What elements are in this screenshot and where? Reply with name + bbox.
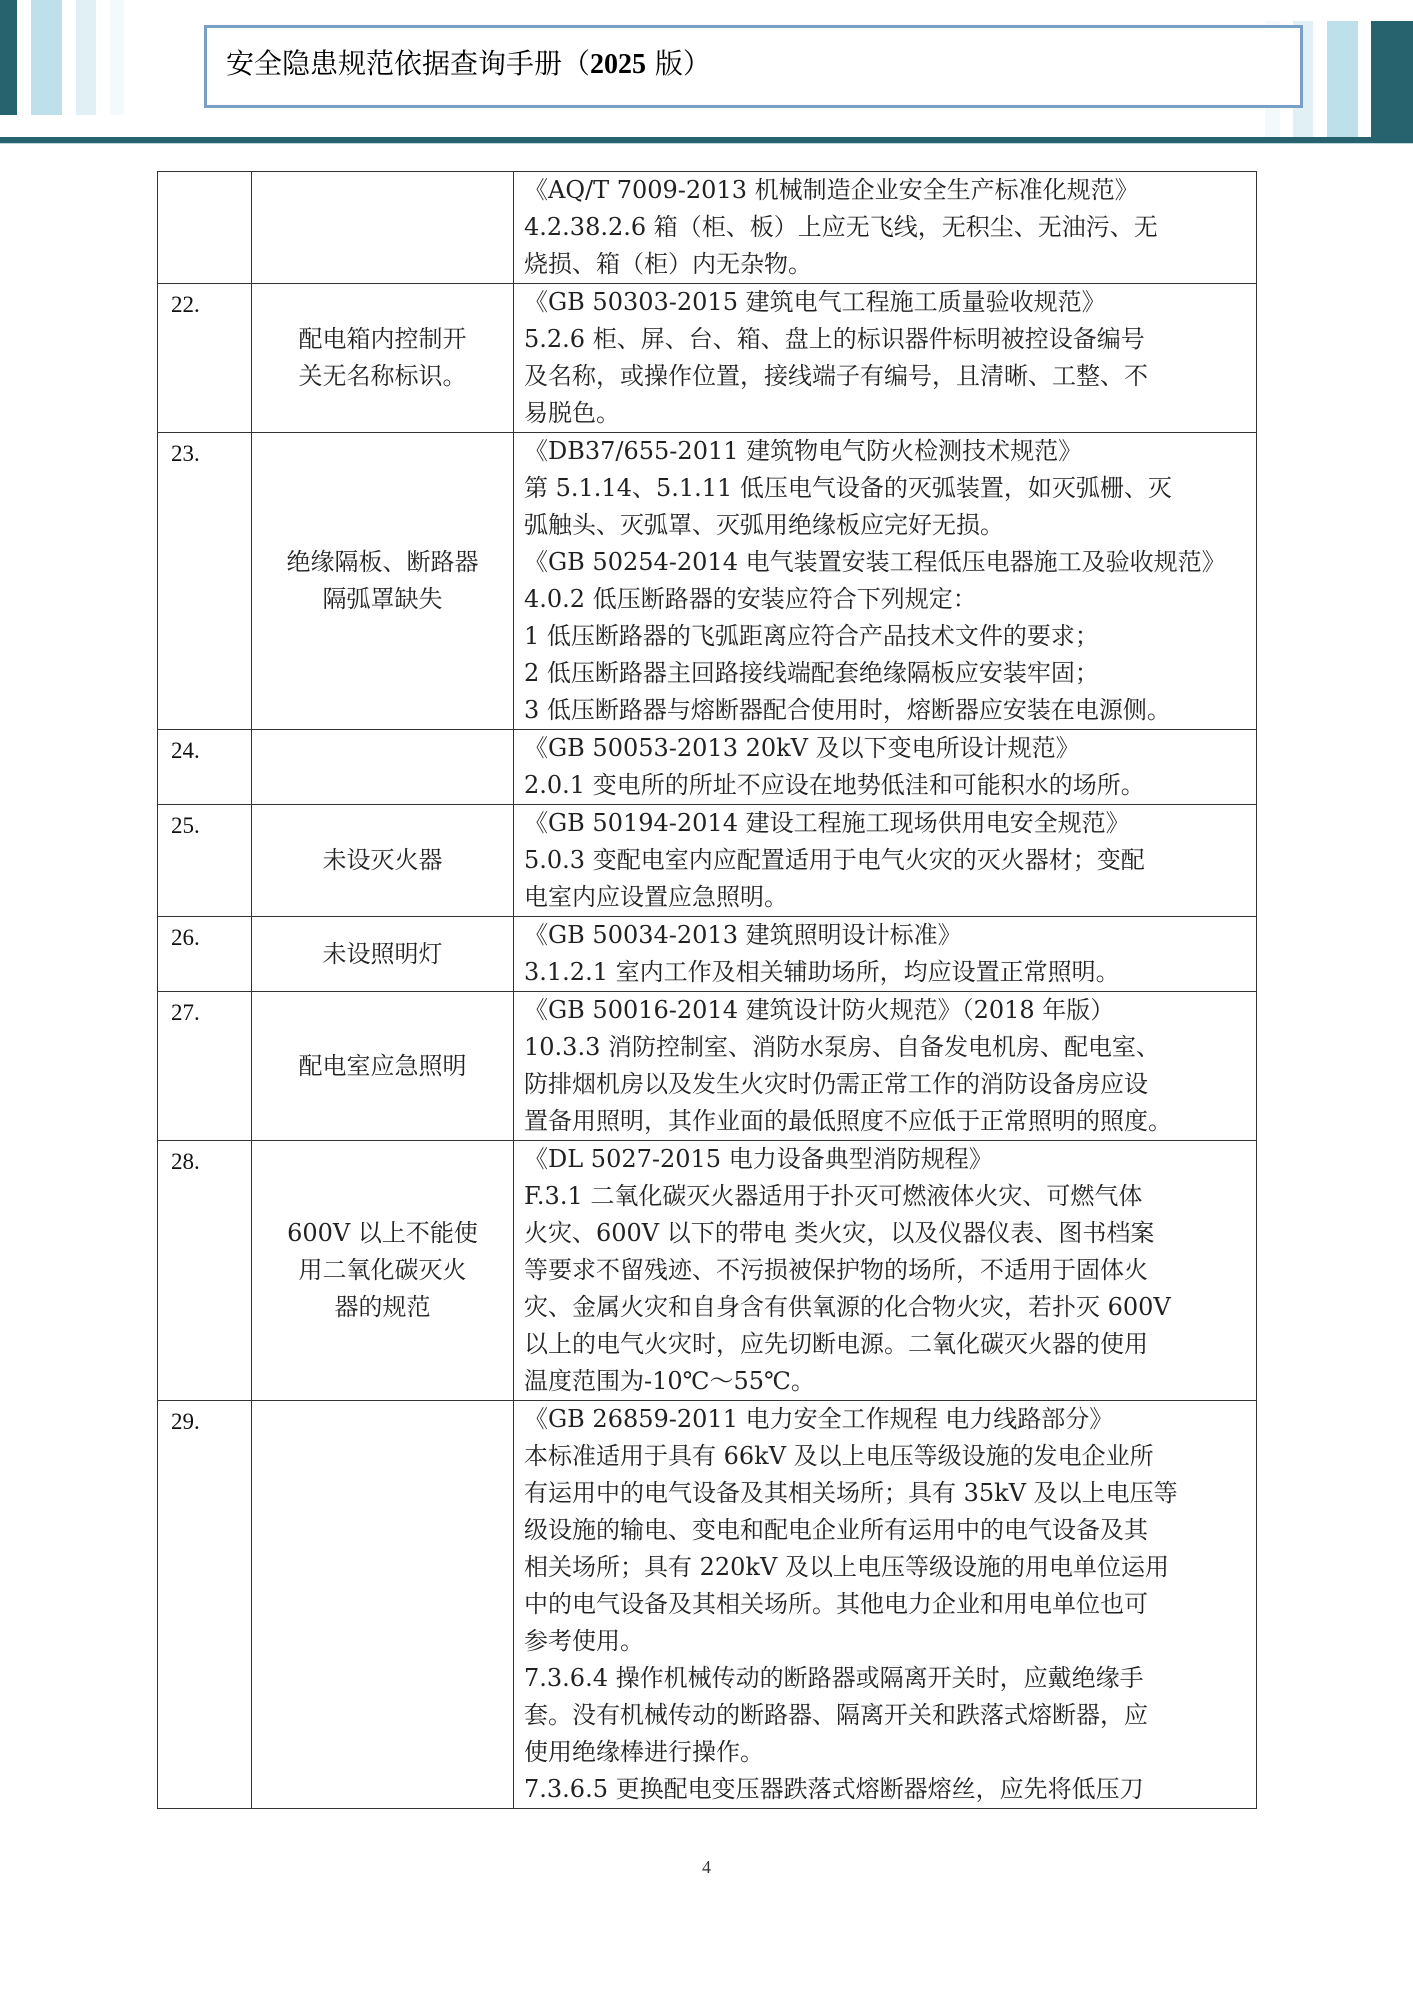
header-decor-bar-faint-left	[110, 0, 124, 115]
row-number: 23.	[158, 433, 252, 730]
hazard-description	[252, 730, 514, 805]
regulation-basis: 《GB 50053-2013 20kV 及以下变电所设计规范》2.0.1 变电所…	[514, 730, 1257, 805]
clause-line: 7.3.6.4 操作机械传动的断路器或隔离开关时，应戴绝缘手	[524, 1660, 1246, 1697]
standard-title: 《GB 50034-2013 建筑照明设计标准》	[524, 917, 1246, 954]
clause-line: 电室内应设置应急照明。	[524, 879, 1246, 916]
clause-line: 中的电气设备及其相关场所。其他电力企业和用电单位也可	[524, 1586, 1246, 1623]
clause-line: 1 低压断路器的飞弧距离应符合产品技术文件的要求；	[524, 618, 1246, 655]
hazard-line: 绝缘隔板、断路器	[260, 544, 505, 581]
table-row: 《AQ/T 7009-2013 机械制造企业安全生产标准化规范》4.2.38.2…	[158, 172, 1257, 284]
standard-title: 《GB 50194-2014 建设工程施工现场供用电安全规范》	[524, 805, 1246, 842]
row-number: 25.	[158, 805, 252, 917]
hazard-description	[252, 1401, 514, 1809]
row-number: 22.	[158, 284, 252, 433]
row-number: 27.	[158, 992, 252, 1141]
clause-line: 火灾、600V 以下的带电 类火灾，以及仪器仪表、图书档案	[524, 1215, 1246, 1252]
hazard-line: 配电箱内控制开	[260, 321, 505, 358]
row-number: 26.	[158, 917, 252, 992]
header-title-box: 安全隐患规范依据查询手册（2025 版）	[204, 25, 1303, 108]
hazard-line: 隔弧罩缺失	[260, 581, 505, 618]
row-number	[158, 172, 252, 284]
clause-line: 相关场所；具有 220kV 及以上电压等级设施的用电单位运用	[524, 1549, 1246, 1586]
clause-line: 本标准适用于具有 66kV 及以上电压等级设施的发电企业所	[524, 1438, 1246, 1475]
standard-title: 《GB 50053-2013 20kV 及以下变电所设计规范》	[524, 730, 1246, 767]
clause-line: 灾、金属火灾和自身含有供氧源的化合物火灾，若扑灭 600V	[524, 1289, 1246, 1326]
regulation-basis: 《GB 50034-2013 建筑照明设计标准》3.1.2.1 室内工作及相关辅…	[514, 917, 1257, 992]
hazard-description: 配电箱内控制开关无名称标识。	[252, 284, 514, 433]
document-title-year: 2025	[590, 49, 646, 80]
standard-title: 《AQ/T 7009-2013 机械制造企业安全生产标准化规范》	[524, 172, 1246, 209]
regulation-basis: 《GB 26859-2011 电力安全工作规程 电力线路部分》本标准适用于具有 …	[514, 1401, 1257, 1809]
clause-line: 弧触头、灭弧罩、灭弧用绝缘板应完好无损。	[524, 507, 1246, 544]
header-decor-bar-lighter-left	[76, 0, 96, 115]
standard-title: 《GB 50016-2014 建筑设计防火规范》（2018 年版）	[524, 992, 1246, 1029]
hazard-line: 600V 以上不能使	[260, 1215, 505, 1252]
table-row: 25.未设灭火器《GB 50194-2014 建设工程施工现场供用电安全规范》5…	[158, 805, 1257, 917]
regulation-basis: 《AQ/T 7009-2013 机械制造企业安全生产标准化规范》4.2.38.2…	[514, 172, 1257, 284]
document-title-suffix: 版）	[646, 47, 711, 80]
clause-line: 4.2.38.2.6 箱（柜、板）上应无飞线，无积尘、无油污、无	[524, 209, 1246, 246]
document-title: 安全隐患规范依据查询手册（2025 版）	[226, 42, 711, 82]
hazard-description: 配电室应急照明	[252, 992, 514, 1141]
clause-line: 及名称，或操作位置，接线端子有编号，且清晰、工整、不	[524, 358, 1246, 395]
hazard-line: 用二氧化碳灭火	[260, 1252, 505, 1289]
header-rule-shadow	[0, 143, 1413, 144]
standard-title: 《DB37/655-2011 建筑物电气防火检测技术规范》	[524, 433, 1246, 470]
clause-line: 以上的电气火灾时，应先切断电源。二氧化碳灭火器的使用	[524, 1326, 1246, 1363]
header-decor-bar-dark-left	[0, 0, 17, 115]
table-row: 26.未设照明灯《GB 50034-2013 建筑照明设计标准》3.1.2.1 …	[158, 917, 1257, 992]
clause-line: 2.0.1 变电所的所址不应设在地势低洼和可能积水的场所。	[524, 767, 1246, 804]
regulation-basis: 《DL 5027-2015 电力设备典型消防规程》F.3.1 二氧化碳灭火器适用…	[514, 1141, 1257, 1401]
clause-line: 5.2.6 柜、屏、台、箱、盘上的标识器件标明被控设备编号	[524, 321, 1246, 358]
hazard-line: 配电室应急照明	[260, 1048, 505, 1085]
table-row: 28.600V 以上不能使用二氧化碳灭火器的规范《DL 5027-2015 电力…	[158, 1141, 1257, 1401]
clause-line: 参考使用。	[524, 1623, 1246, 1660]
hazard-description: 600V 以上不能使用二氧化碳灭火器的规范	[252, 1141, 514, 1401]
clause-line: 4.0.2 低压断路器的安装应符合下列规定：	[524, 581, 1246, 618]
standard-title: 《DL 5027-2015 电力设备典型消防规程》	[524, 1141, 1246, 1178]
regulation-table-body: 《AQ/T 7009-2013 机械制造企业安全生产标准化规范》4.2.38.2…	[158, 172, 1257, 1809]
clause-line: 防排烟机房以及发生火灾时仍需正常工作的消防设备房应设	[524, 1066, 1246, 1103]
regulation-table: 《AQ/T 7009-2013 机械制造企业安全生产标准化规范》4.2.38.2…	[157, 171, 1257, 1809]
clause-line: 套。没有机械传动的断路器、隔离开关和跌落式熔断器，应	[524, 1697, 1246, 1734]
clause-line: 烧损、箱（柜）内无杂物。	[524, 246, 1246, 283]
table-row: 24.《GB 50053-2013 20kV 及以下变电所设计规范》2.0.1 …	[158, 730, 1257, 805]
clause-line: 第 5.1.14、5.1.11 低压电气设备的灭弧装置，如灭弧栅、灭	[524, 470, 1246, 507]
table-row: 29.《GB 26859-2011 电力安全工作规程 电力线路部分》本标准适用于…	[158, 1401, 1257, 1809]
clause-line: 等要求不留残迹、不污损被保护物的场所，不适用于固体火	[524, 1252, 1246, 1289]
table-row: 23.绝缘隔板、断路器隔弧罩缺失《DB37/655-2011 建筑物电气防火检测…	[158, 433, 1257, 730]
clause-line: F.3.1 二氧化碳灭火器适用于扑灭可燃液体火灾、可燃气体	[524, 1178, 1246, 1215]
hazard-description: 绝缘隔板、断路器隔弧罩缺失	[252, 433, 514, 730]
clause-line: 级设施的输电、变电和配电企业所有运用中的电气设备及其	[524, 1512, 1246, 1549]
hazard-line: 未设照明灯	[260, 936, 505, 973]
hazard-line: 器的规范	[260, 1289, 505, 1326]
clause-line: 置备用照明，其作业面的最低照度不应低于正常照明的照度。	[524, 1103, 1246, 1140]
clause-line: 温度范围为-10℃～55℃。	[524, 1363, 1246, 1400]
clause-line: 使用绝缘棒进行操作。	[524, 1734, 1246, 1771]
hazard-line: 未设灭火器	[260, 842, 505, 879]
row-number: 29.	[158, 1401, 252, 1809]
standard-title: 《GB 50254-2014 电气装置安装工程低压电器施工及验收规范》	[524, 544, 1246, 581]
regulation-basis: 《GB 50016-2014 建筑设计防火规范》（2018 年版）10.3.3 …	[514, 992, 1257, 1141]
clause-line: 10.3.3 消防控制室、消防水泵房、自备发电机房、配电室、	[524, 1029, 1246, 1066]
standard-title: 《GB 26859-2011 电力安全工作规程 电力线路部分》	[524, 1401, 1246, 1438]
clause-line: 有运用中的电气设备及其相关场所；具有 35kV 及以上电压等	[524, 1475, 1246, 1512]
clause-line: 3 低压断路器与熔断器配合使用时，熔断器应安装在电源侧。	[524, 692, 1246, 729]
clause-line: 5.0.3 变配电室内应配置适用于电气火灾的灭火器材；变配	[524, 842, 1246, 879]
clause-line: 7.3.6.5 更换配电变压器跌落式熔断器熔丝，应先将低压刀	[524, 1771, 1246, 1808]
regulation-basis: 《DB37/655-2011 建筑物电气防火检测技术规范》第 5.1.14、5.…	[514, 433, 1257, 730]
clause-line: 易脱色。	[524, 395, 1246, 432]
page-number: 4	[0, 1857, 1413, 1878]
regulation-basis: 《GB 50303-2015 建筑电气工程施工质量验收规范》5.2.6 柜、屏、…	[514, 284, 1257, 433]
hazard-description	[252, 172, 514, 284]
header-decor-bar-light-left	[31, 0, 62, 115]
table-row: 27.配电室应急照明《GB 50016-2014 建筑设计防火规范》（2018 …	[158, 992, 1257, 1141]
header-decor-bar-light-right	[1327, 21, 1358, 137]
table-row: 22.配电箱内控制开关无名称标识。《GB 50303-2015 建筑电气工程施工…	[158, 284, 1257, 433]
hazard-description: 未设灭火器	[252, 805, 514, 917]
clause-line: 2 低压断路器主回路接线端配套绝缘隔板应安装牢固；	[524, 655, 1246, 692]
row-number: 24.	[158, 730, 252, 805]
hazard-description: 未设照明灯	[252, 917, 514, 992]
clause-line: 3.1.2.1 室内工作及相关辅助场所，均应设置正常照明。	[524, 954, 1246, 991]
header-decor-bar-dark-right	[1371, 21, 1413, 141]
regulation-basis: 《GB 50194-2014 建设工程施工现场供用电安全规范》5.0.3 变配电…	[514, 805, 1257, 917]
document-title-prefix: 安全隐患规范依据查询手册（	[226, 47, 590, 80]
row-number: 28.	[158, 1141, 252, 1401]
hazard-line: 关无名称标识。	[260, 358, 505, 395]
standard-title: 《GB 50303-2015 建筑电气工程施工质量验收规范》	[524, 284, 1246, 321]
